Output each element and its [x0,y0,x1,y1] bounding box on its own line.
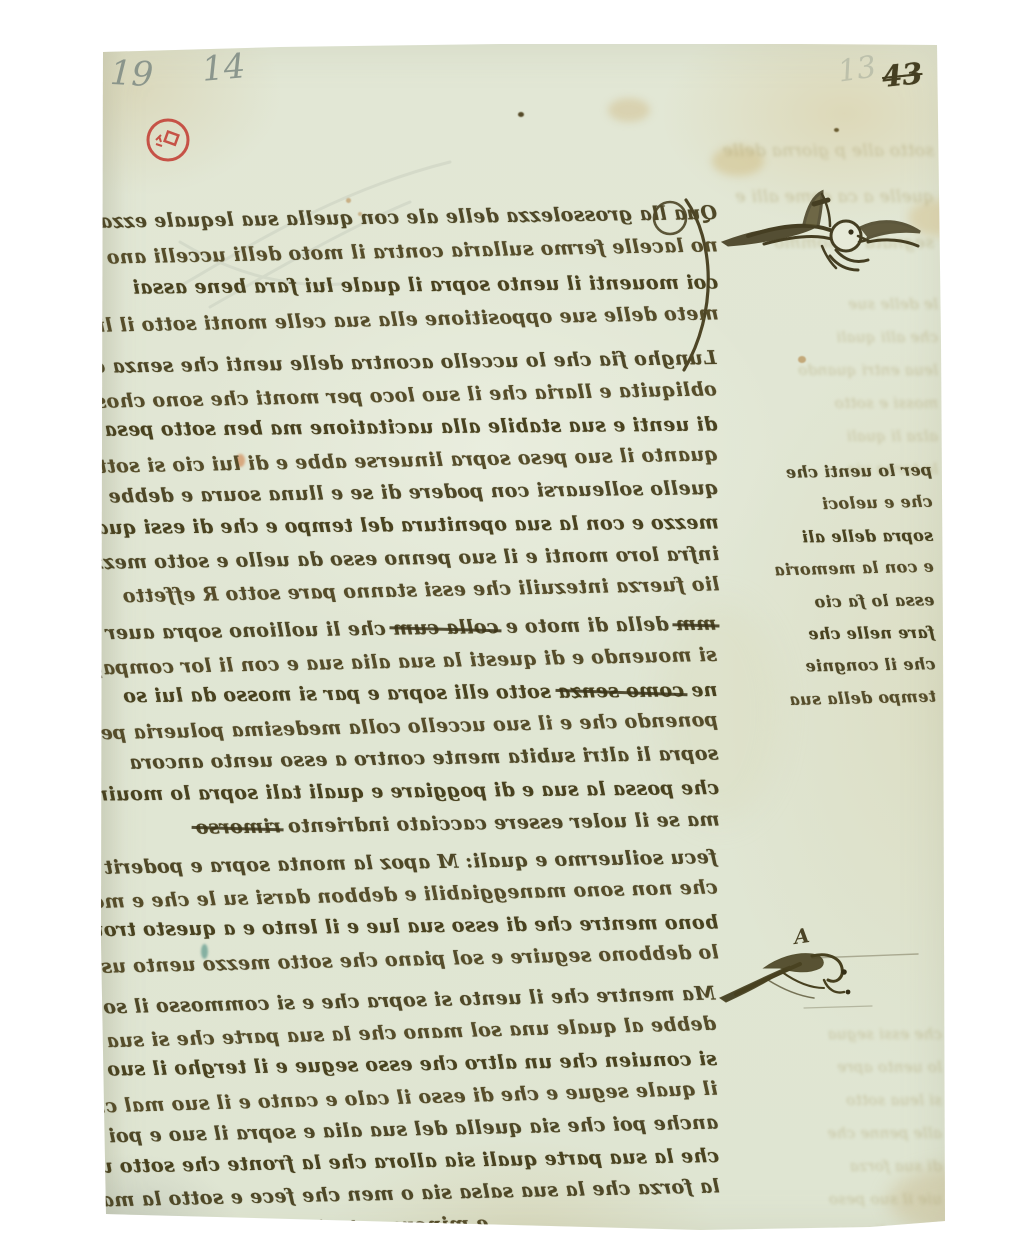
folio-number-ink: 43 [880,56,924,94]
bird-sketch-lower-icon [712,916,947,1026]
foxing-stain [608,98,650,122]
manuscript-line: che e ueloci [726,486,933,523]
manuscript-line: alza li quali [698,420,938,453]
manuscript-line: tempo della sua [730,680,937,717]
manuscript-line: e con la memoria [727,551,934,588]
manuscript-line: che alli quali [698,321,938,354]
margin-note: per lo uenti cheche e uelocisopra delle … [726,454,936,717]
mirror-text-paragraph-1: Qua lla grossolezza delle ale con quella… [151,196,719,340]
manuscript-line: lo uento apre [698,1051,942,1084]
mirror-text-paragraph-2: Lungho fia che lo uccello acontra delle … [150,342,720,611]
mirror-text-paragraph-4: fecu soiluermo e quali: M apoz la monta … [151,841,719,980]
folio-number-pencil-faint: 13 [836,50,879,90]
manuscript-photo: { "document": { "type": "manuscript-page… [0,0,1033,1260]
ink-speck [518,112,524,117]
manuscript-line: uie il suo peso [698,1183,942,1216]
manuscript-line: sopra delle ali [727,520,933,555]
manuscript-line: alle penne che [698,1117,942,1150]
annotation-letter-a: A [792,923,811,949]
verso-showthrough-bottom: che essi segualo uento apresi leua sotto… [698,1018,942,1249]
manuscript-line: sotto alle p giorna delle [488,128,934,174]
manuscript-line: essa lo fa cio [728,584,935,620]
bird-sketch-top-icon [718,184,933,289]
ink-smudge [216,1234,280,1242]
manuscript-line: leua entri quando [698,354,938,387]
mirror-text-bottom-paragraph: Ma mentre che il uento si sopra che e si… [137,977,721,1248]
manuscript-line: la sua discesa [698,1216,942,1249]
manuscript-line: si leua sotto [698,1084,942,1117]
manuscript-line: le delle sue [698,288,938,321]
manuscript-line: fare nelle che [729,617,935,652]
paper-sheet: 19 14 13 43 sotto alle p giorna delleque… [100,42,946,1236]
manuscript-line: mossi e sotto [698,387,938,420]
manuscript-line: che il congnie [729,649,936,685]
folio-number-pencil: 19 [109,53,154,95]
manuscript-line: di sua forza [698,1150,942,1183]
folio-number-pencil: 14 [200,46,247,90]
library-stamp-icon [144,116,194,166]
mirror-text-paragraph-3: mm della di moto e colla cum che li uoll… [150,608,720,845]
manuscript-line: per lo uenti che [726,454,933,490]
